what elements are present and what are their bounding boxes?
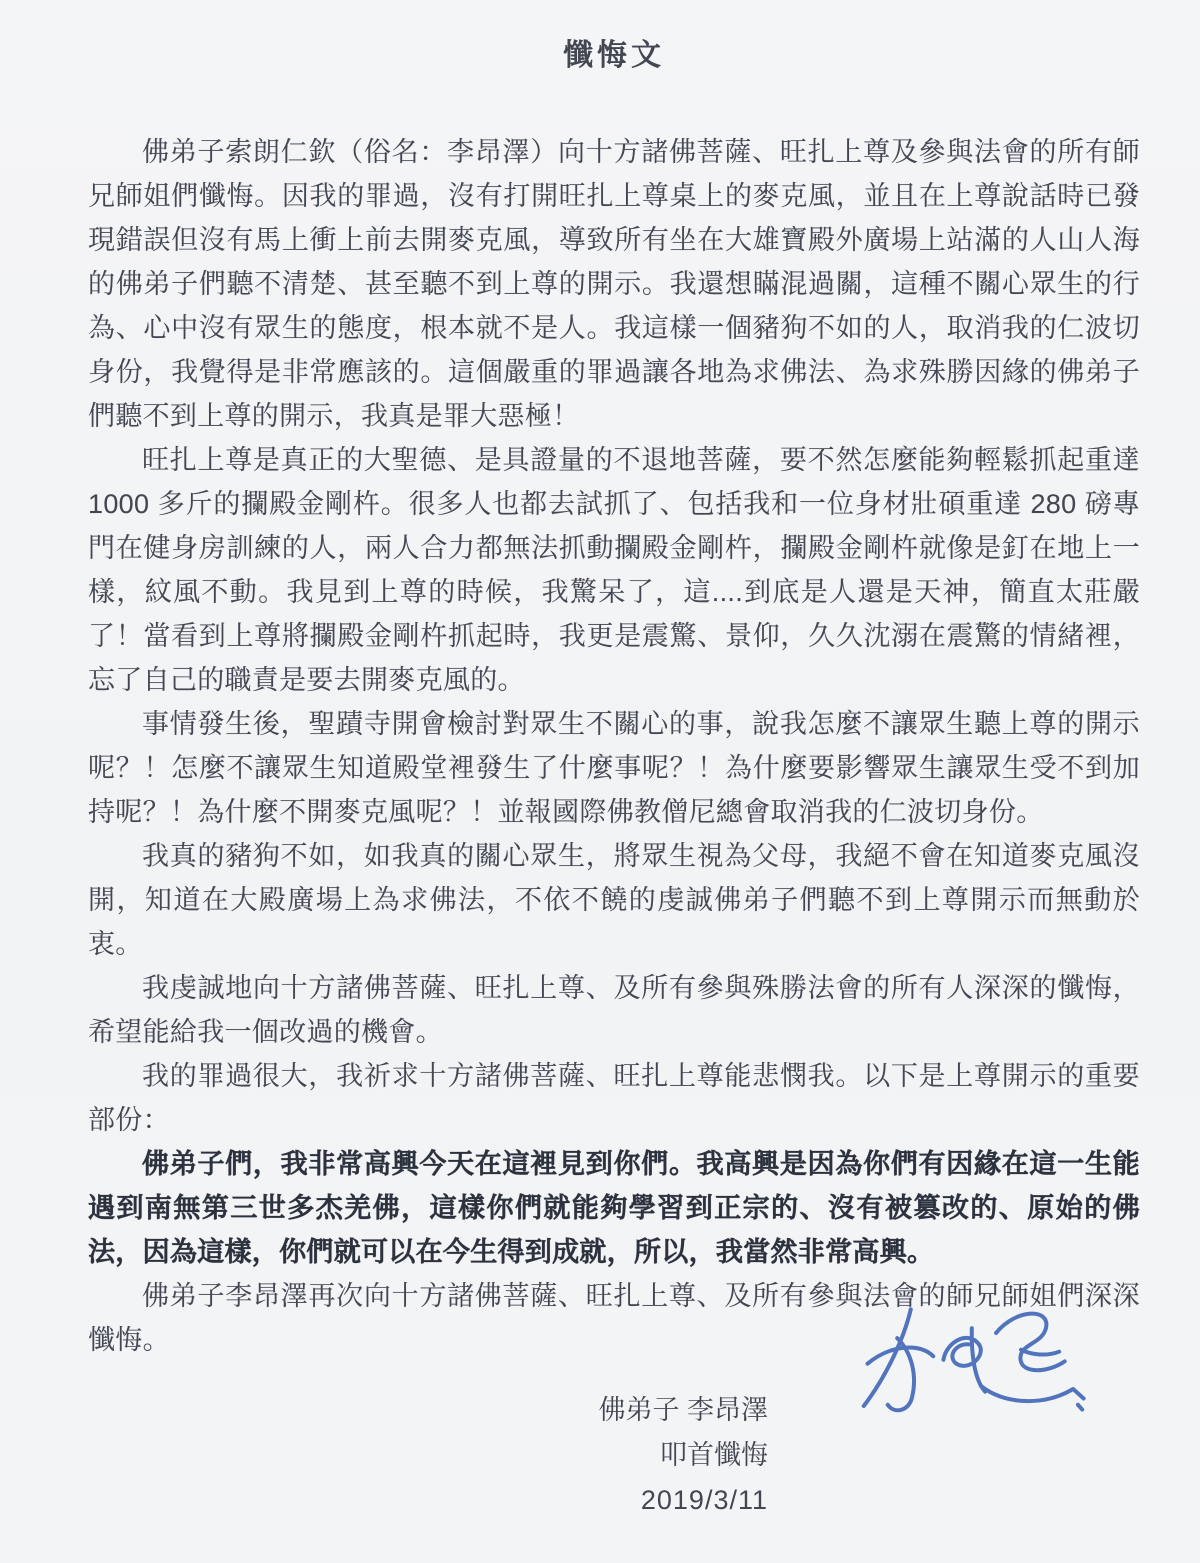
body-paragraph-6: 我的罪過很大，我祈求十方諸佛菩薩、旺扎上尊能悲憫我。以下是上尊開示的重要部份： [88, 1054, 1140, 1142]
letter-body: 懺悔文 佛弟子索朗仁欽（俗名：李昂澤）向十方諸佛菩薩、旺扎上尊及參與法會的所有師… [88, 34, 1140, 1523]
body-paragraph-5: 我虔誠地向十方諸佛菩薩、旺扎上尊、及所有參與殊勝法會的所有人深深的懺悔，希望能給… [88, 966, 1140, 1054]
body-paragraph-3: 事情發生後，聖蹟寺開會檢討對眾生不關心的事，說我怎麼不讓眾生聽上尊的開示呢？！怎… [88, 702, 1140, 834]
master-discourse-quote-paragraph: 佛弟子們，我非常高興今天在這裡見到你們。我高興是因為你們有因緣在這一生能遇到南無… [88, 1142, 1140, 1274]
scanned-letter-page: 懺悔文 佛弟子索朗仁欽（俗名：李昂澤）向十方諸佛菩薩、旺扎上尊及參與法會的所有師… [0, 0, 1200, 1563]
body-paragraph-1: 佛弟子索朗仁欽（俗名：李昂澤）向十方諸佛菩薩、旺扎上尊及參與法會的所有師兄師姐們… [88, 130, 1140, 438]
document-title: 懺悔文 [88, 34, 1140, 78]
paragraphs-container: 佛弟子索朗仁欽（俗名：李昂澤）向十方諸佛菩薩、旺扎上尊及參與法會的所有師兄師姐們… [88, 130, 1140, 1362]
kowtow-salutation: 叩首懺悔 [598, 1433, 768, 1478]
closing-block: 佛弟子 李昂澤 叩首懺悔 2019/3/11 [598, 1388, 768, 1523]
body-paragraph-2: 旺扎上尊是真正的大聖德、是具證量的不退地菩薩，要不然怎麼能夠輕鬆抓起重達 100… [88, 438, 1140, 702]
body-paragraph-8: 佛弟子李昂澤再次向十方諸佛菩薩、旺扎上尊、及所有參與法會的師兄師姐們深深懺悔。 [88, 1274, 1140, 1362]
body-paragraph-4: 我真的豬狗不如，如我真的關心眾生，將眾生視為父母，我絕不會在知道麥克風沒開，知道… [88, 834, 1140, 966]
signer-name: 佛弟子 李昂澤 [598, 1388, 768, 1433]
date-line: 2019/3/11 [598, 1478, 768, 1523]
